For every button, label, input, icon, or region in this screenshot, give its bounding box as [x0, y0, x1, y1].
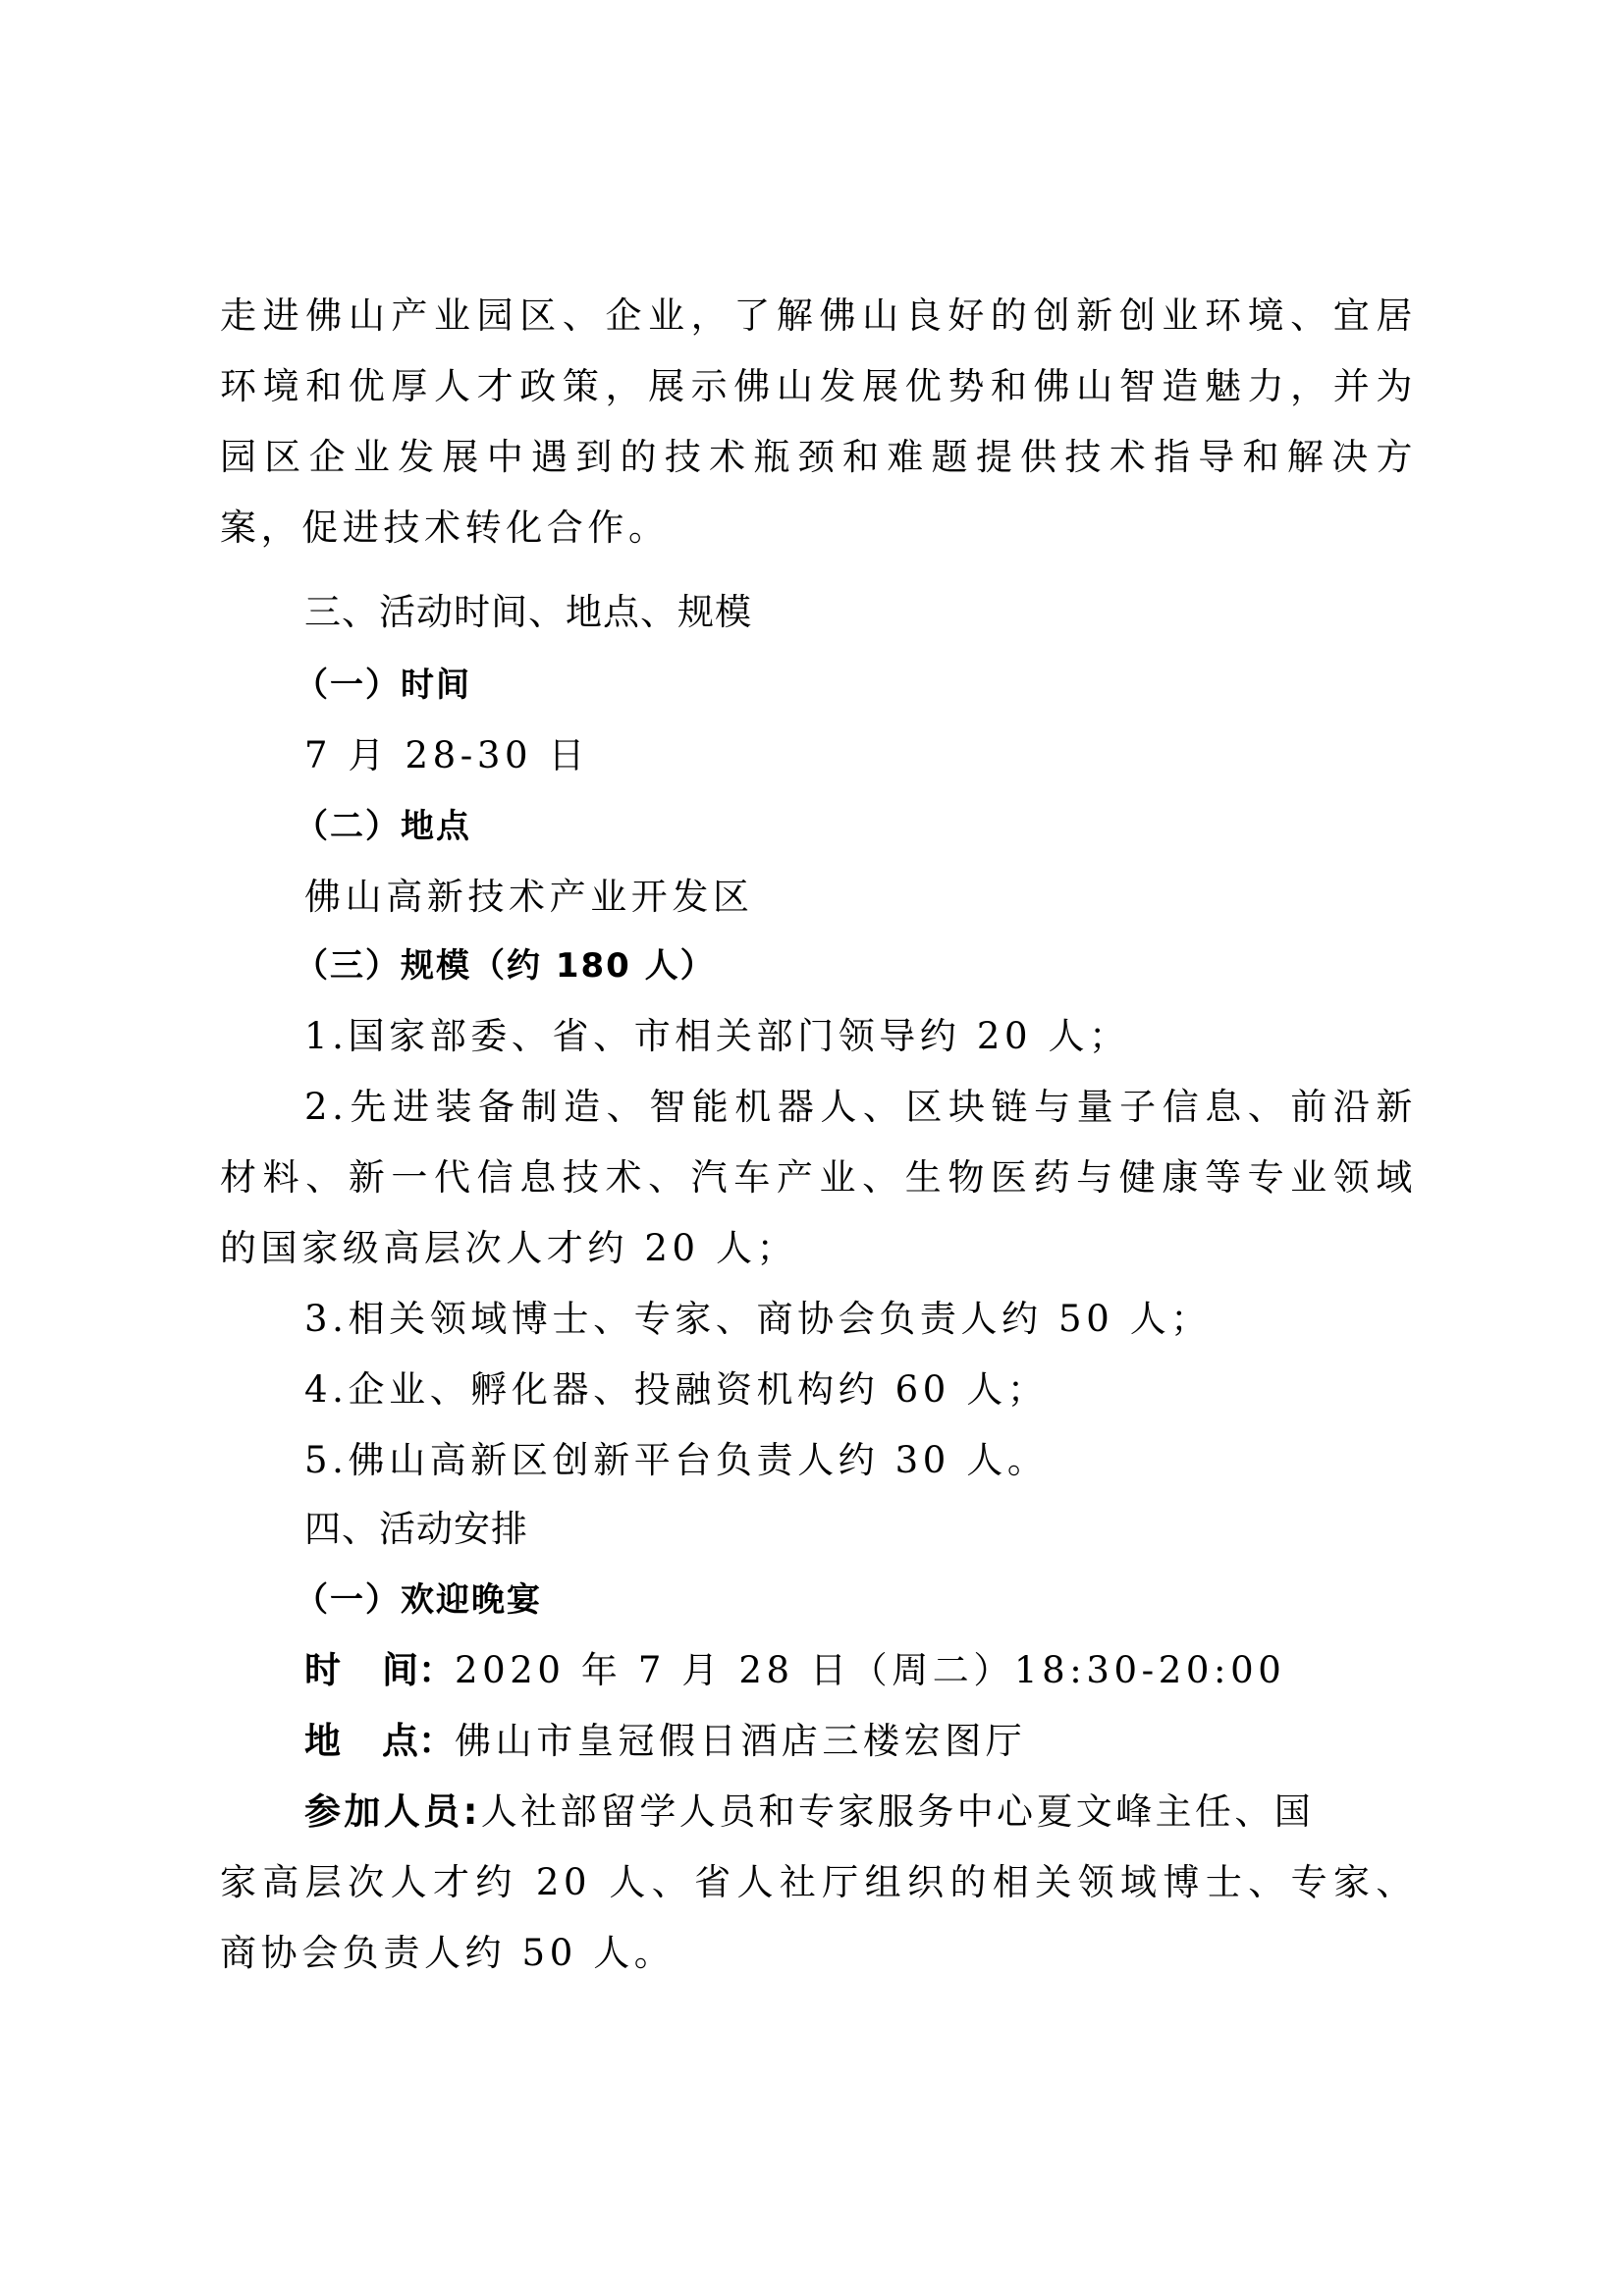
section-heading: 四、活动安排 [304, 1508, 1512, 1551]
time-value: 7 月 28-30 日 [304, 734, 1512, 777]
time-label-char2: 间： [382, 1649, 455, 1692]
list-item: 3.相关领域博士、专家、商协会负责人约 50 人； [304, 1298, 1512, 1341]
time-label-char1: 时 [304, 1649, 341, 1692]
list-item: 2.先进装备制造、智能机器人、区块链与量子信息、前沿新 [304, 1086, 1417, 1129]
paragraph-line: 园区企业发展中遇到的技术瓶颈和难题提供技术指导和解决方 [220, 436, 1417, 479]
paragraph-line: 走进佛山产业园区、企业，了解佛山良好的创新创业环境、宜居 [220, 294, 1417, 338]
dinner-time-row: 时间：2020 年 7 月 28 日（周二）18:30-20:00 [304, 1649, 1512, 1692]
document-page: 走进佛山产业园区、企业，了解佛山良好的创新创业环境、宜居 环境和优厚人才政策，展… [0, 0, 1624, 2296]
subheading-scale: （三）规模（约 180 人） [295, 944, 1502, 988]
dinner-location-row: 地点：佛山市皇冠假日酒店三楼宏图厅 [304, 1720, 1512, 1763]
subheading-welcome-dinner: （一）欢迎晚宴 [295, 1578, 1502, 1622]
list-item: 4.企业、孵化器、投融资机构约 60 人； [304, 1368, 1512, 1412]
paragraph-line: 案，促进技术转化合作。 [220, 507, 1428, 550]
attendees-row: 参加人员:人社部留学人员和专家服务中心夏文峰主任、国 [304, 1790, 1512, 1834]
list-item-continuation: 材料、新一代信息技术、汽车产业、生物医药与健康等专业领域 [220, 1156, 1417, 1200]
location-label-char2: 点： [382, 1720, 455, 1763]
list-item: 5.佛山高新区创新平台负责人约 30 人。 [304, 1439, 1512, 1482]
attendees-text: 人社部留学人员和专家服务中心夏文峰主任、国 [481, 1790, 1314, 1833]
dinner-time-value: 2020 年 7 月 28 日（周二）18:30-20:00 [455, 1649, 1285, 1691]
attendees-continuation: 家高层次人才约 20 人、省人社厅组织的相关领域博士、专家、 [220, 1861, 1417, 1904]
list-item: 1.国家部委、省、市相关部门领导约 20 人； [304, 1015, 1512, 1058]
location-label-char1: 地 [304, 1720, 341, 1763]
attendees-continuation: 商协会负责人约 50 人。 [220, 1932, 1428, 1975]
section-heading: 三、活动时间、地点、规模 [304, 591, 1512, 634]
attendees-label: 参加人员: [304, 1790, 481, 1833]
dinner-location-value: 佛山市皇冠假日酒店三楼宏图厅 [455, 1720, 1026, 1762]
list-item-continuation: 的国家级高层次人才约 20 人； [220, 1227, 1428, 1270]
paragraph-line: 环境和优厚人才政策，展示佛山发展优势和佛山智造魅力，并为 [220, 365, 1417, 408]
subheading-location: （二）地点 [295, 805, 1502, 848]
location-value: 佛山高新技术产业开发区 [304, 876, 1512, 919]
subheading-time: （一）时间 [295, 664, 1502, 707]
